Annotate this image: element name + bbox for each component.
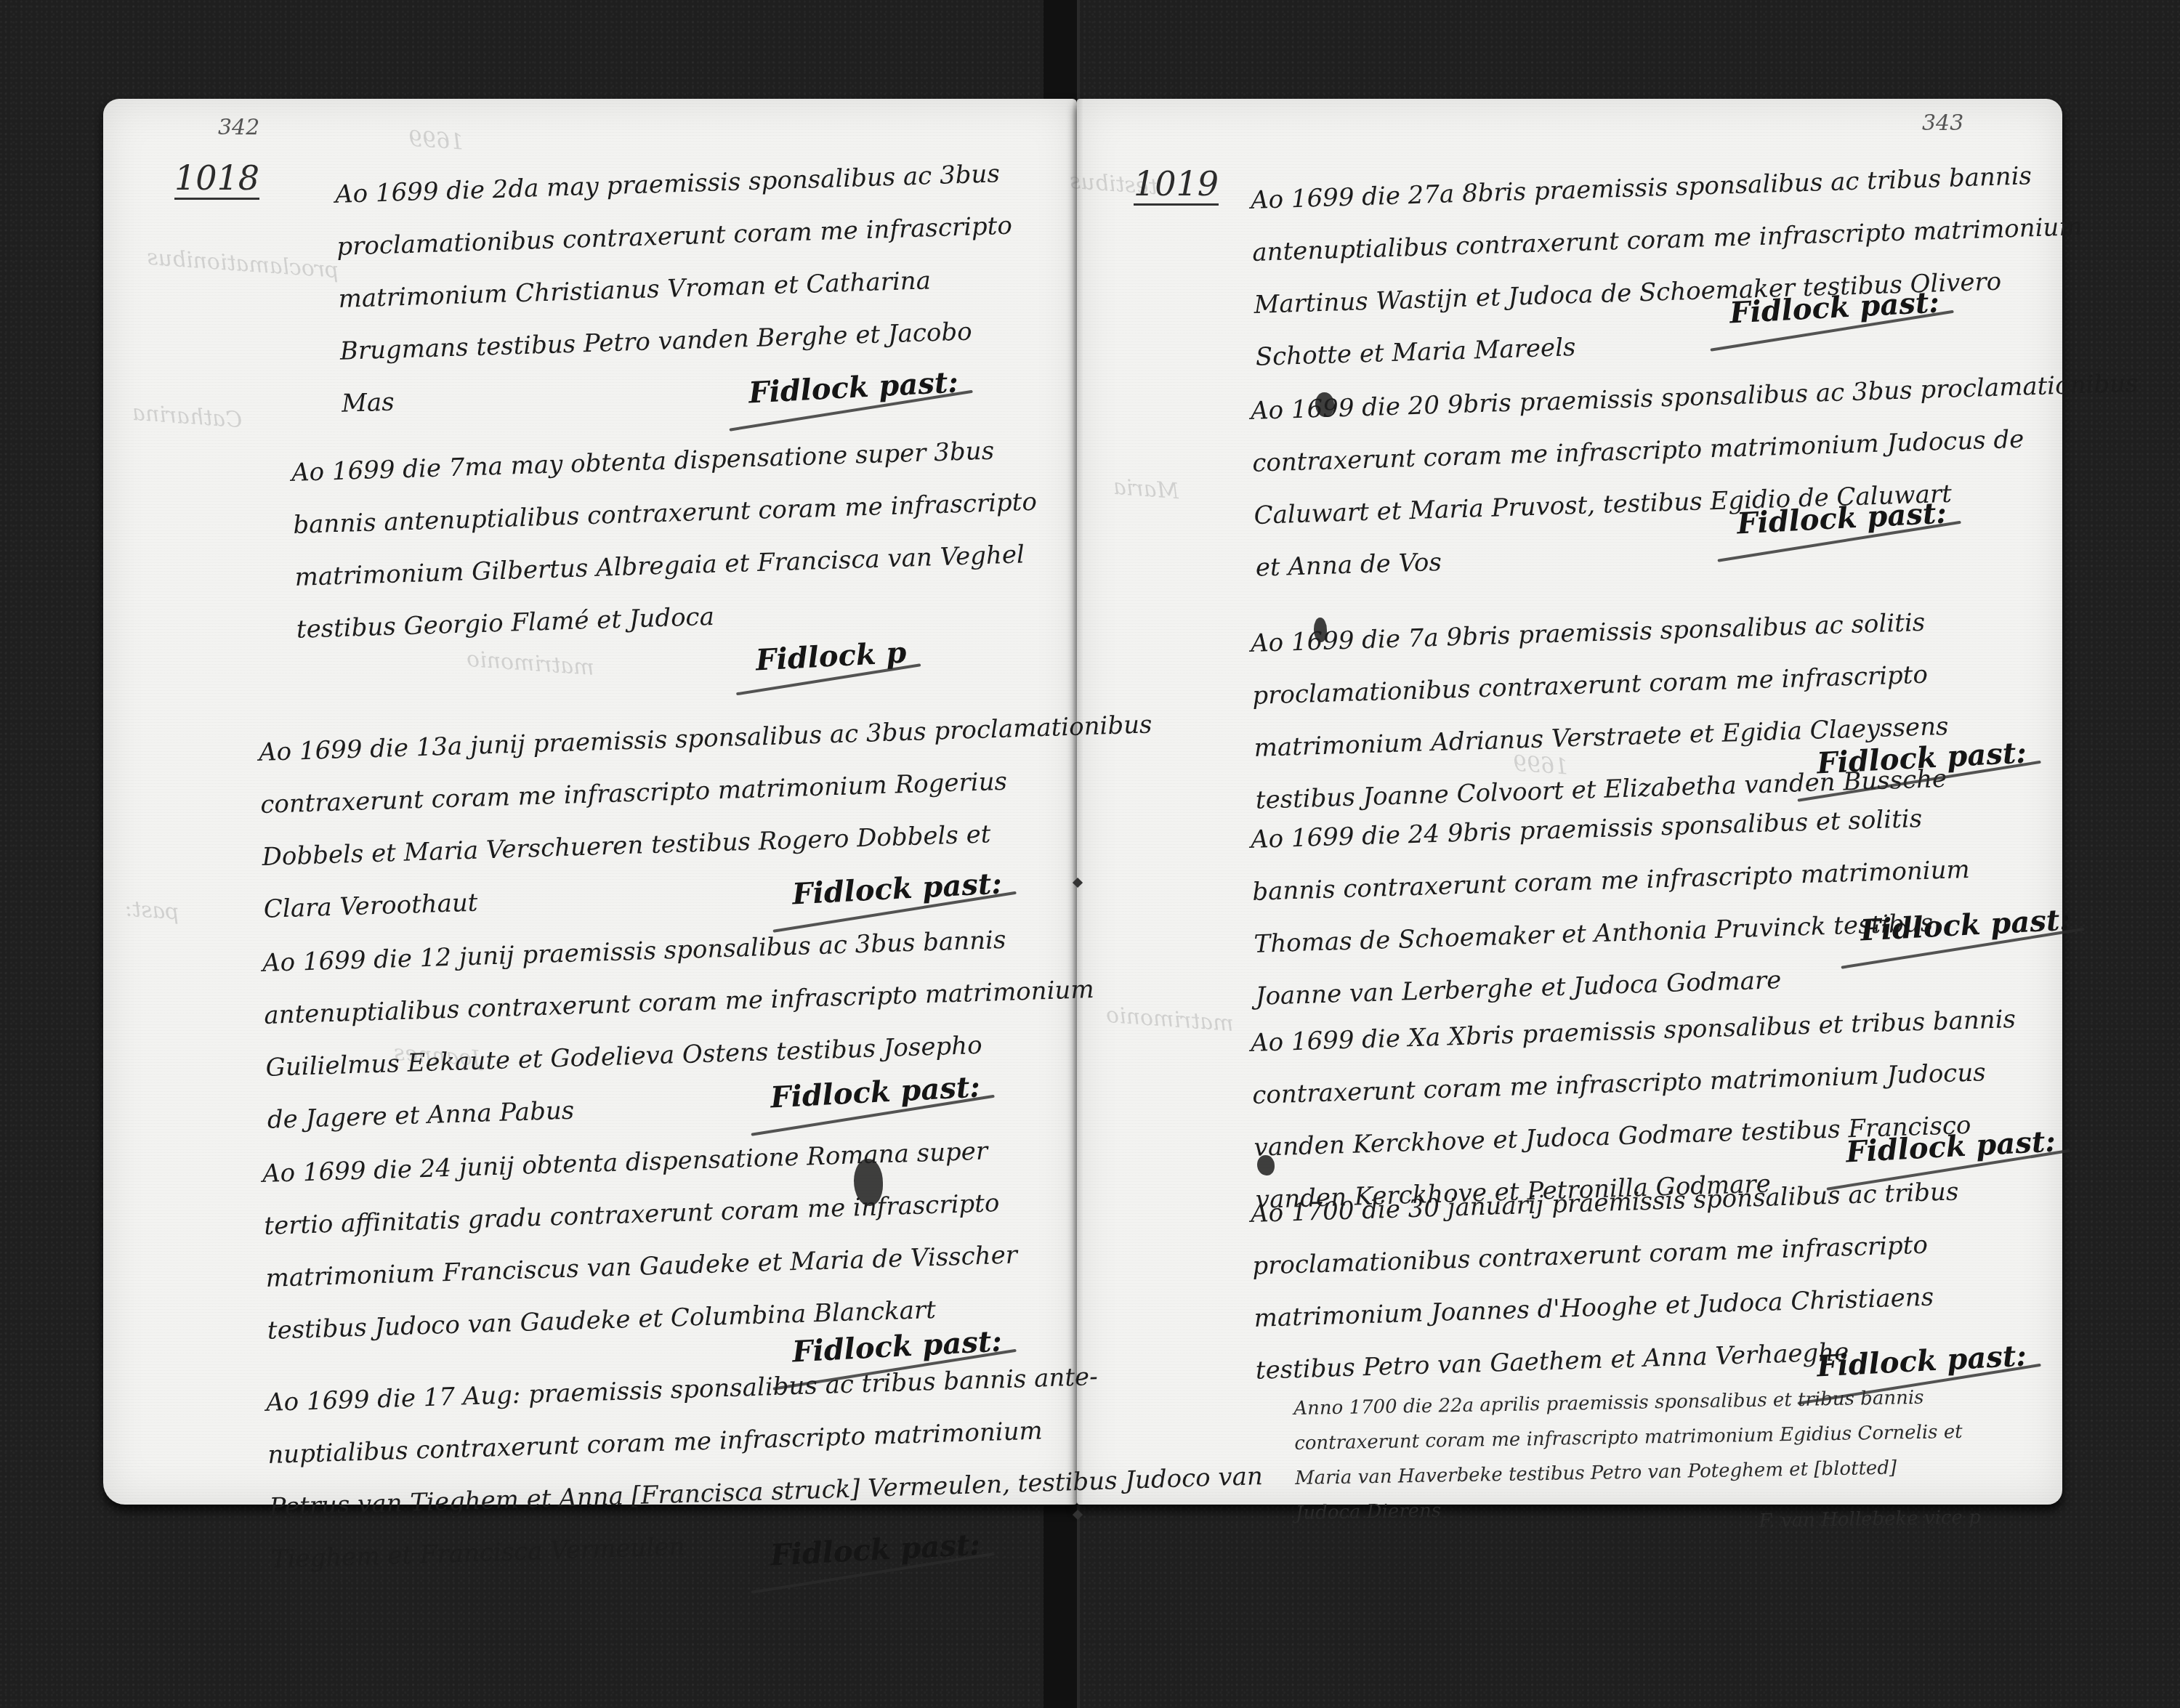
folio-number-left: 1018: [174, 158, 259, 198]
register-entry: Ao 1699 die 17 Aug: praemissis sponsalib…: [265, 1345, 1265, 1586]
bleed-through-text: proclamationibus: [146, 245, 340, 283]
bleed-through-text: 1699: [408, 126, 465, 155]
register-entry: Ao 1699 die 7ma may obtenta dispensation…: [291, 424, 1041, 656]
bleed-through-text: matrimonio: [1105, 1003, 1235, 1037]
ink-blot: [1257, 1155, 1275, 1175]
register-entry: Ao 1699 die 24 9bris praemissis sponsali…: [1250, 791, 1974, 1023]
pastor-signature: Fidlock p: [755, 636, 908, 678]
vice-pastor-signature: F. van Hollebeke vice p: [1759, 1500, 1981, 1539]
bleed-through-text: past:: [124, 896, 180, 925]
folio-number-left-text: 1018: [174, 158, 259, 200]
folio-number-right-text: 1019: [1134, 164, 1219, 206]
page-number-right: 343: [1922, 110, 1963, 136]
folio-number-right: 1019: [1134, 164, 1219, 203]
ink-blot: [854, 1159, 883, 1206]
register-entry: Ao 1699 die 24 junij obtenta dispensatio…: [262, 1124, 1020, 1356]
register-entry: Ao 1699 die 13a junij praemissis sponsal…: [258, 698, 1158, 935]
bleed-through-text: Maria: [1113, 474, 1180, 504]
register-entry: Ao 1699 die 20 9bris praemissis sponsali…: [1250, 357, 2144, 594]
register-entry: Ao 1699 die 12 junij praemissis sponsali…: [262, 911, 1098, 1146]
bleed-through-text: matrimonio: [466, 647, 595, 681]
ink-blot: [1314, 618, 1327, 642]
ink-blot: [1315, 392, 1334, 417]
bleed-through-text: Catharina: [132, 400, 243, 433]
register-entry: Ao 1699 die 27a 8bris praemissis sponsal…: [1250, 148, 2086, 384]
page-number-left: 342: [218, 115, 259, 140]
